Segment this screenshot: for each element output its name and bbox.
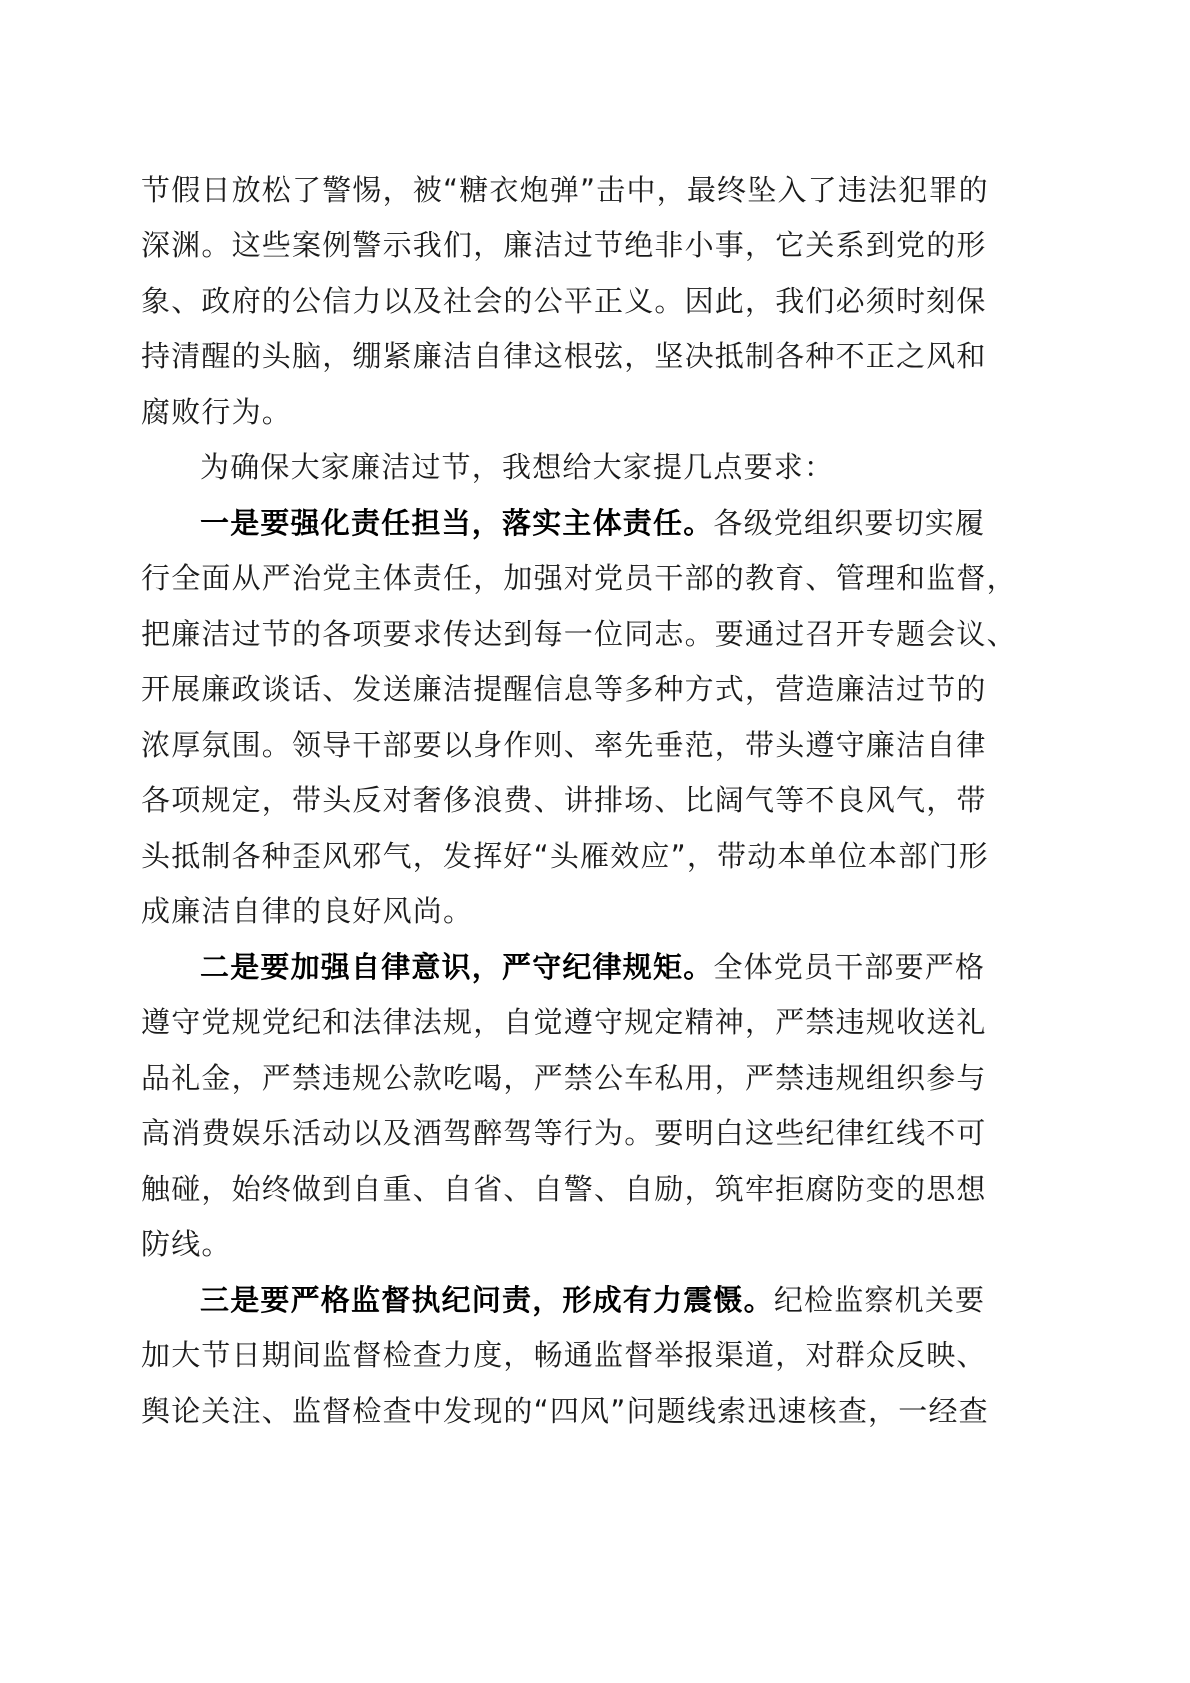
text-line: 触碰，始终做到自重、自省、自警、自励，筑牢拒腐防变的思想 [141,1169,1041,1209]
section-heading-2: 二是要加强自律意识，严守纪律规矩。 [200,950,713,984]
text-line: 浓厚氛围。领导干部要以身作则、率先垂范，带头遵守廉洁自律 [141,725,1041,765]
section-heading-3: 三是要严格监督执纪问责，形成有力震慑。 [200,1283,774,1317]
text-line: 一是要强化责任担当，落实主体责任。各级党组织要切实履 [200,503,1100,543]
text-line: 持清醒的头脑，绷紧廉洁自律这根弦，坚决抵制各种不正之风和 [141,336,1041,376]
text-line: 行全面从严治党主体责任，加强对党员干部的教育、管理和监督， [141,558,1041,598]
text-line: 遵守党规党纪和法律法规，自觉遵守规定精神，严禁违规收送礼 [141,1002,1041,1042]
text-line: 高消费娱乐活动以及酒驾醉驾等行为。要明白这些纪律红线不可 [141,1113,1041,1153]
text-line: 防线。 [141,1224,1041,1264]
text-line: 象、政府的公信力以及社会的公平正义。因此，我们必须时刻保 [141,281,1041,321]
text-line: 为确保大家廉洁过节，我想给大家提几点要求： [200,447,1100,487]
text-line: 开展廉政谈话、发送廉洁提醒信息等多种方式，营造廉洁过节的 [141,669,1041,709]
text-line: 头抵制各种歪风邪气，发挥好“头雁效应”，带动本单位本部门形 [141,836,1041,876]
text-line: 舆论关注、监督检查中发现的“四风”问题线索迅速核查，一经查 [141,1391,1041,1431]
section-text: 全体党员干部要严格 [713,950,985,984]
text-line: 腐败行为。 [141,392,1041,432]
text-line: 深渊。这些案例警示我们，廉洁过节绝非小事，它关系到党的形 [141,225,1041,265]
section-heading-1: 一是要强化责任担当，落实主体责任。 [200,506,713,540]
text-line: 各项规定，带头反对奢侈浪费、讲排场、比阔气等不良风气，带 [141,780,1041,820]
document-page: 节假日放松了警惕，被“糖衣炮弹”击中，最终坠入了违法犯罪的 深渊。这些案例警示我… [0,0,1190,1683]
text-line: 把廉洁过节的各项要求传达到每一位同志。要通过召开专题会议、 [141,614,1041,654]
text-line: 加大节日期间监督检查力度，畅通监督举报渠道，对群众反映、 [141,1335,1041,1375]
text-line: 二是要加强自律意识，严守纪律规矩。全体党员干部要严格 [200,947,1100,987]
section-text: 纪检监察机关要 [774,1283,985,1317]
text-line: 节假日放松了警惕，被“糖衣炮弹”击中，最终坠入了违法犯罪的 [141,170,1041,210]
text-line: 成廉洁自律的良好风尚。 [141,891,1041,931]
section-text: 各级党组织要切实履 [713,506,985,540]
text-line: 三是要严格监督执纪问责，形成有力震慑。纪检监察机关要 [200,1280,1100,1320]
text-line: 品礼金，严禁违规公款吃喝，严禁公车私用，严禁违规组织参与 [141,1058,1041,1098]
